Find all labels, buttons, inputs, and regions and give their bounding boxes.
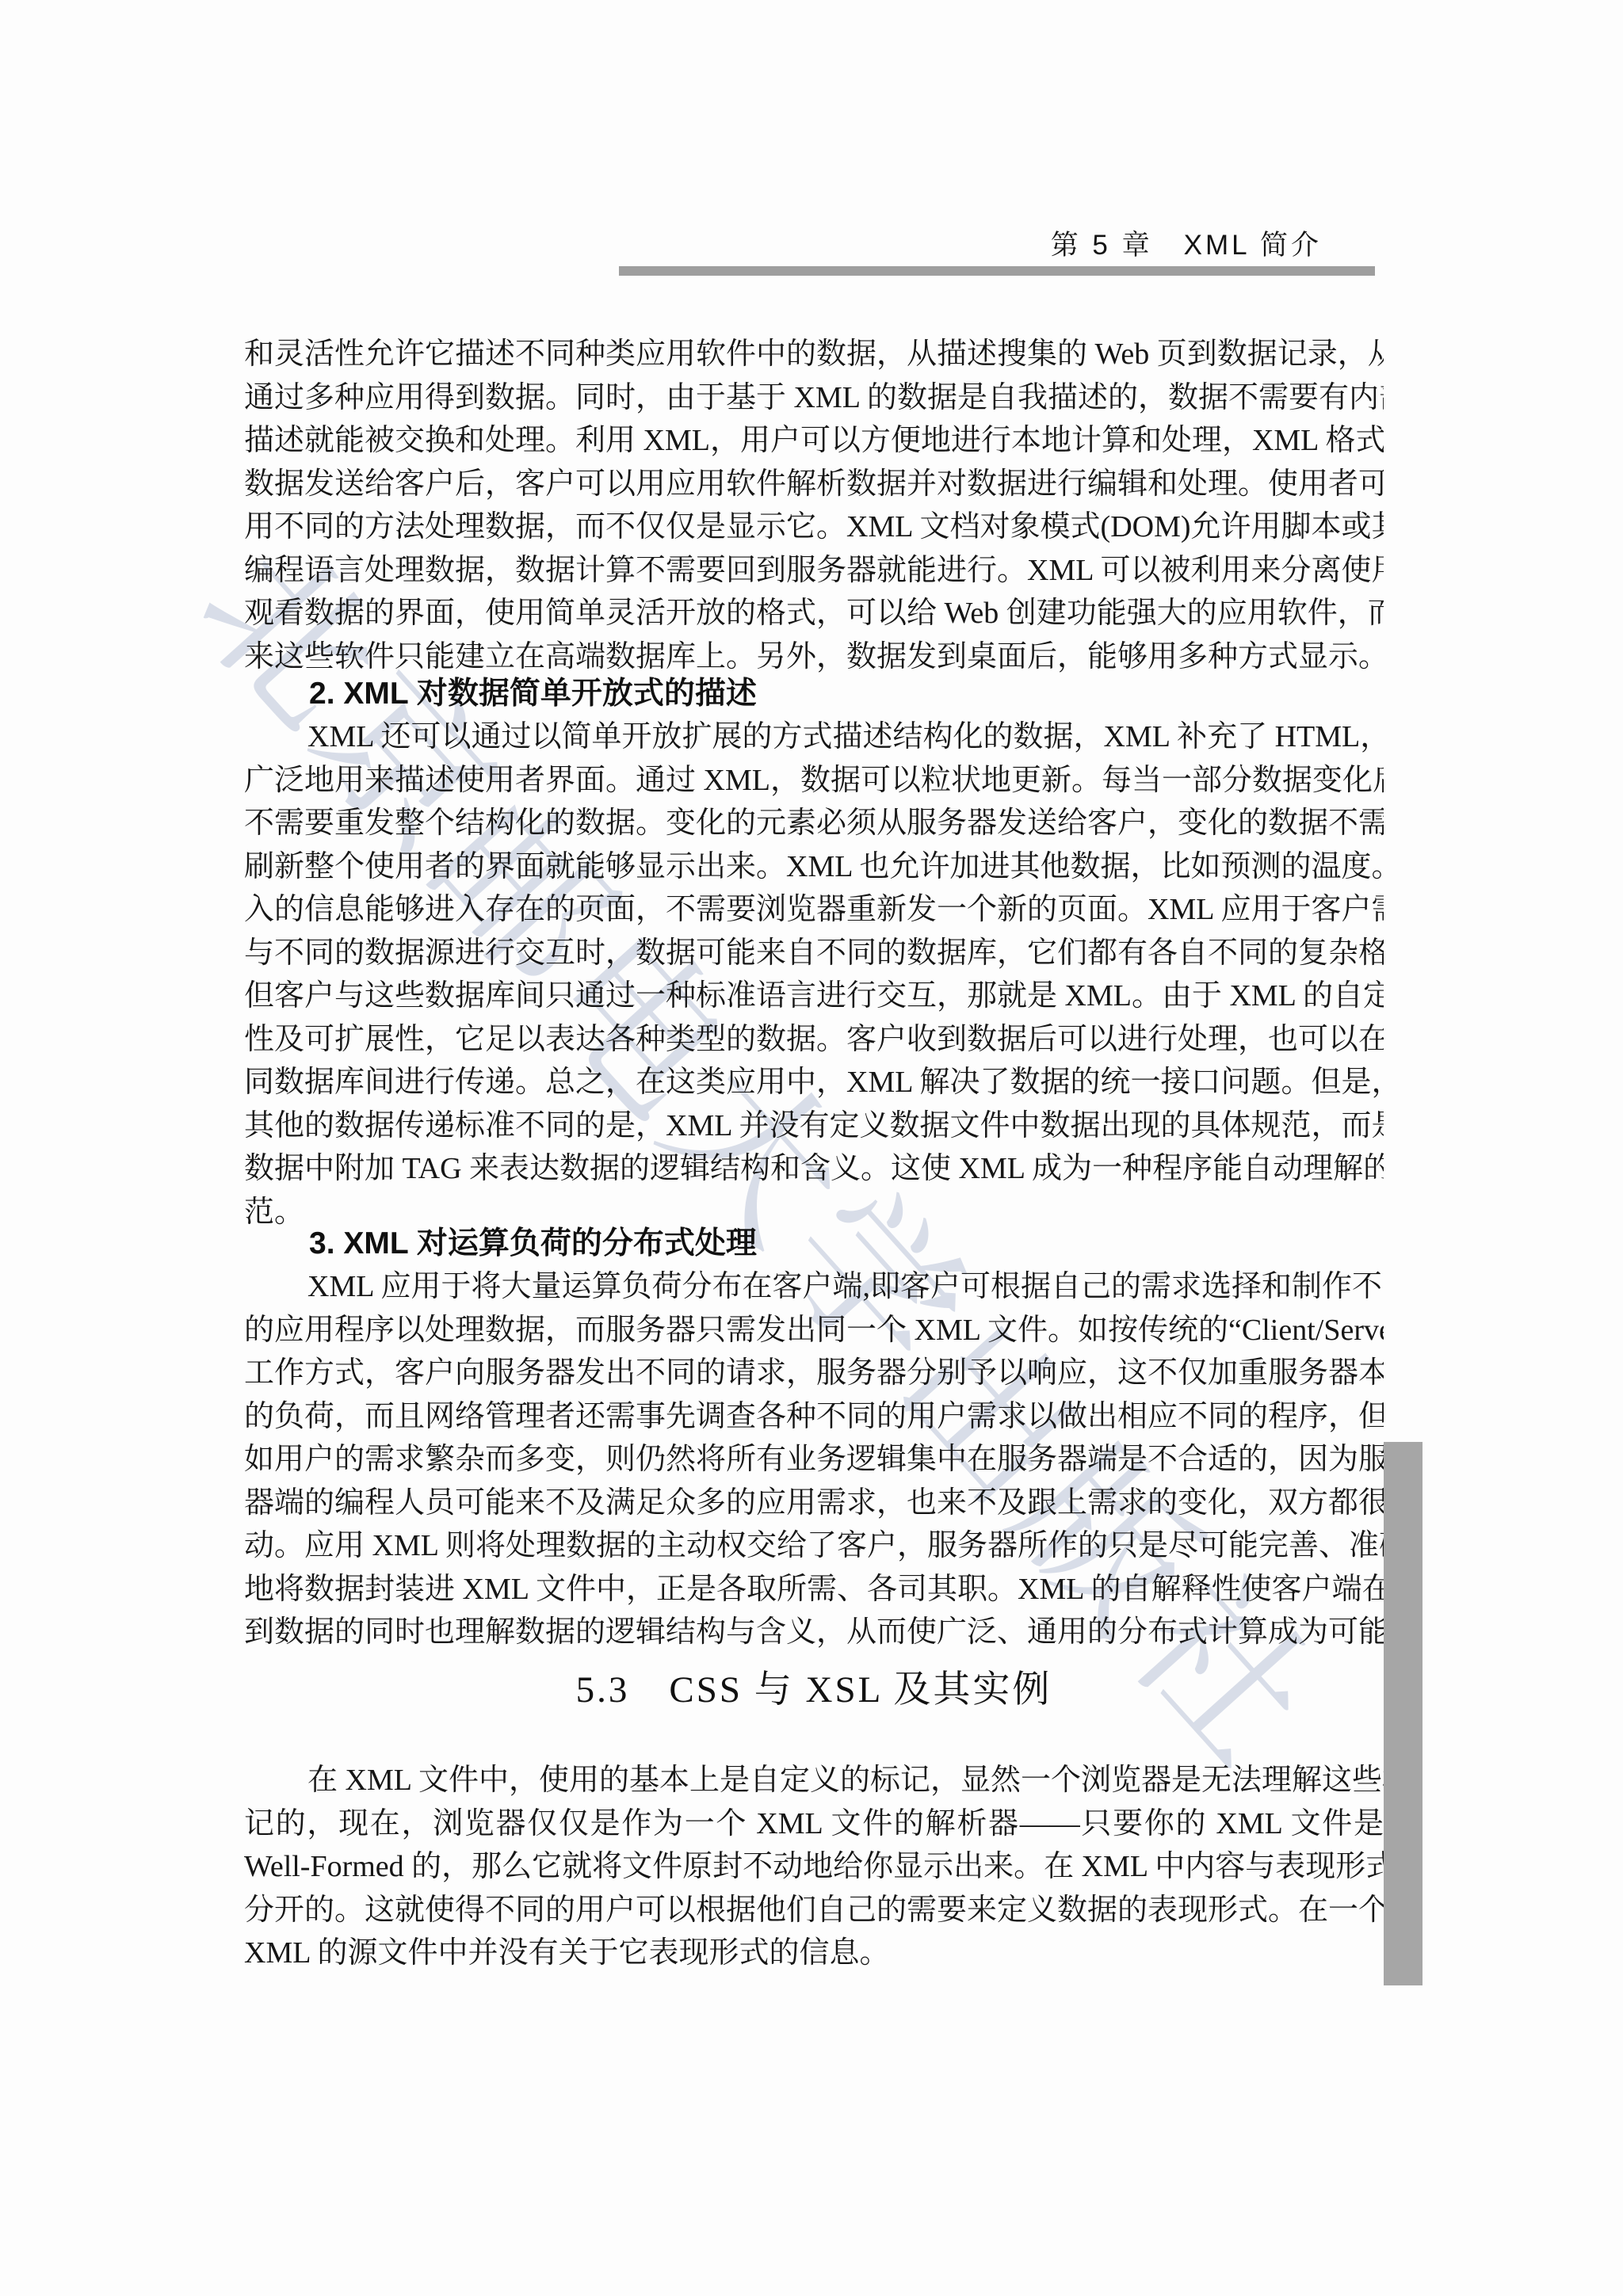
text-line: 分开的。这就使得不同的用户可以根据他们自己的需要来定义数据的表现形式。在一个 [244,1889,1384,1932]
text-line: 动。应用 XML 则将处理数据的主动权交给了客户，服务器所作的只是尽可能完善、准… [244,1524,1384,1568]
text-line: 与不同的数据源进行交互时，数据可能来自不同的数据库，它们都有各自不同的复杂格式。 [244,932,1384,975]
subheading-xml-open-description: 2. XML 对数据简单开放式的描述 [244,672,1384,715]
right-margin-bar [1384,1442,1423,1985]
text-line: 入的信息能够进入存在的页面，不需要浏览器重新发一个新的页面。XML 应用于客户需… [244,888,1384,932]
book-page: 北京邮电大学出版社 第 5 章 XML 简介 和灵活性允许它描述不同种类应用软件… [0,0,1623,2296]
text-line: 的负荷，而且网络管理者还需事先调查各种不同的用户需求以做出相应不同的程序，但假 [244,1395,1384,1439]
text-line: 其他的数据传递标准不同的是，XML 并没有定义数据文件中数据出现的具体规范，而是… [244,1104,1384,1148]
text-line: 数据发送给客户后，客户可以用应用软件解析数据并对数据进行编辑和处理。使用者可以 [244,463,1384,506]
text-line: 观看数据的界面，使用简单灵活开放的格式，可以给 Web 创建功能强大的应用软件，… [244,592,1384,635]
text-line: XML 还可以通过以简单开放扩展的方式描述结构化的数据，XML 补充了 HTML… [244,715,1384,759]
text-line: XML 的源文件中并没有关于它表现形式的信息。 [244,1932,1384,1975]
text-line: 的应用程序以处理数据，而服务器只需发出同一个 XML 文件。如按传统的“Clie… [244,1309,1384,1352]
text-line: Well-Formed 的，那么它就将文件原封不动地给你显示出来。在 XML 中… [244,1845,1384,1889]
text-line: 用不同的方法处理数据，而不仅仅是显示它。XML 文档对象模式(DOM)允许用脚本… [244,505,1384,549]
text-line: 记的，现在，浏览器仅仅是作为一个 XML 文件的解析器——只要你的 XML 文件… [244,1802,1384,1846]
paragraph-3: XML 应用于将大量运算负荷分布在客户端,即客户可根据自己的需求选择和制作不同 … [244,1265,1384,1654]
paragraph-4: 在 XML 文件中，使用的基本上是自定义的标记，显然一个浏览器是无法理解这些标 … [244,1759,1384,1975]
text-line: 不需要重发整个结构化的数据。变化的元素必须从服务器发送给客户，变化的数据不需要 [244,802,1384,845]
text-line: 工作方式，客户向服务器发出不同的请求，服务器分别予以响应，这不仅加重服务器本身 [244,1352,1384,1395]
subheading-xml-distributed-processing: 3. XML 对运算负荷的分布式处理 [244,1222,1384,1265]
text-line: 性及可扩展性，它足以表达各种类型的数据。客户收到数据后可以进行处理，也可以在不 [244,1018,1384,1062]
text-line: 刷新整个使用者的界面就能够显示出来。XML 也允许加进其他数据，比如预测的温度。… [244,845,1384,889]
text-line: 广泛地用来描述使用者界面。通过 XML，数据可以粒状地更新。每当一部分数据变化后… [244,759,1384,803]
text-line: 到数据的同时也理解数据的逻辑结构与含义，从而使广泛、通用的分布式计算成为可能。 [244,1611,1384,1654]
text-line: 数据中附加 TAG 来表达数据的逻辑结构和含义。这使 XML 成为一种程序能自动… [244,1147,1384,1191]
section-title-5-3: 5.3 CSS 与 XSL 及其实例 [244,1666,1384,1714]
text-line: 如用户的需求繁杂而多变，则仍然将所有业务逻辑集中在服务器端是不合适的，因为服务 [244,1438,1384,1482]
paragraph-1: 和灵活性允许它描述不同种类应用软件中的数据，从描述搜集的 Web 页到数据记录，… [244,333,1384,678]
text-line: 描述就能被交换和处理。利用 XML，用户可以方便地进行本地计算和处理，XML 格… [244,419,1384,463]
text-line: XML 应用于将大量运算负荷分布在客户端,即客户可根据自己的需求选择和制作不同 [244,1265,1384,1309]
text-line: 通过多种应用得到数据。同时，由于基于 XML 的数据是自我描述的，数据不需要有内… [244,376,1384,420]
text-line: 编程语言处理数据，数据计算不需要回到服务器就能进行。XML 可以被利用来分离使用… [244,549,1384,593]
text-line: 同数据库间进行传递。总之，在这类应用中，XML 解决了数据的统一接口问题。但是，… [244,1061,1384,1104]
text-line: 器端的编程人员可能来不及满足众多的应用需求，也来不及跟上需求的变化，双方都很被 [244,1482,1384,1525]
text-line: 地将数据封装进 XML 文件中，正是各取所需、各司其职。XML 的自解释性使客户… [244,1568,1384,1611]
text-line: 和灵活性允许它描述不同种类应用软件中的数据，从描述搜集的 Web 页到数据记录，… [244,333,1384,376]
running-header-chapter-title: 第 5 章 XML 简介 [1051,231,1322,261]
text-line: 在 XML 文件中，使用的基本上是自定义的标记，显然一个浏览器是无法理解这些标 [244,1759,1384,1802]
text-line: 但客户与这些数据库间只通过一种标准语言进行交互，那就是 XML。由于 XML 的… [244,974,1384,1018]
header-rule [619,266,1375,276]
paragraph-2: XML 还可以通过以简单开放扩展的方式描述结构化的数据，XML 补充了 HTML… [244,715,1384,1234]
